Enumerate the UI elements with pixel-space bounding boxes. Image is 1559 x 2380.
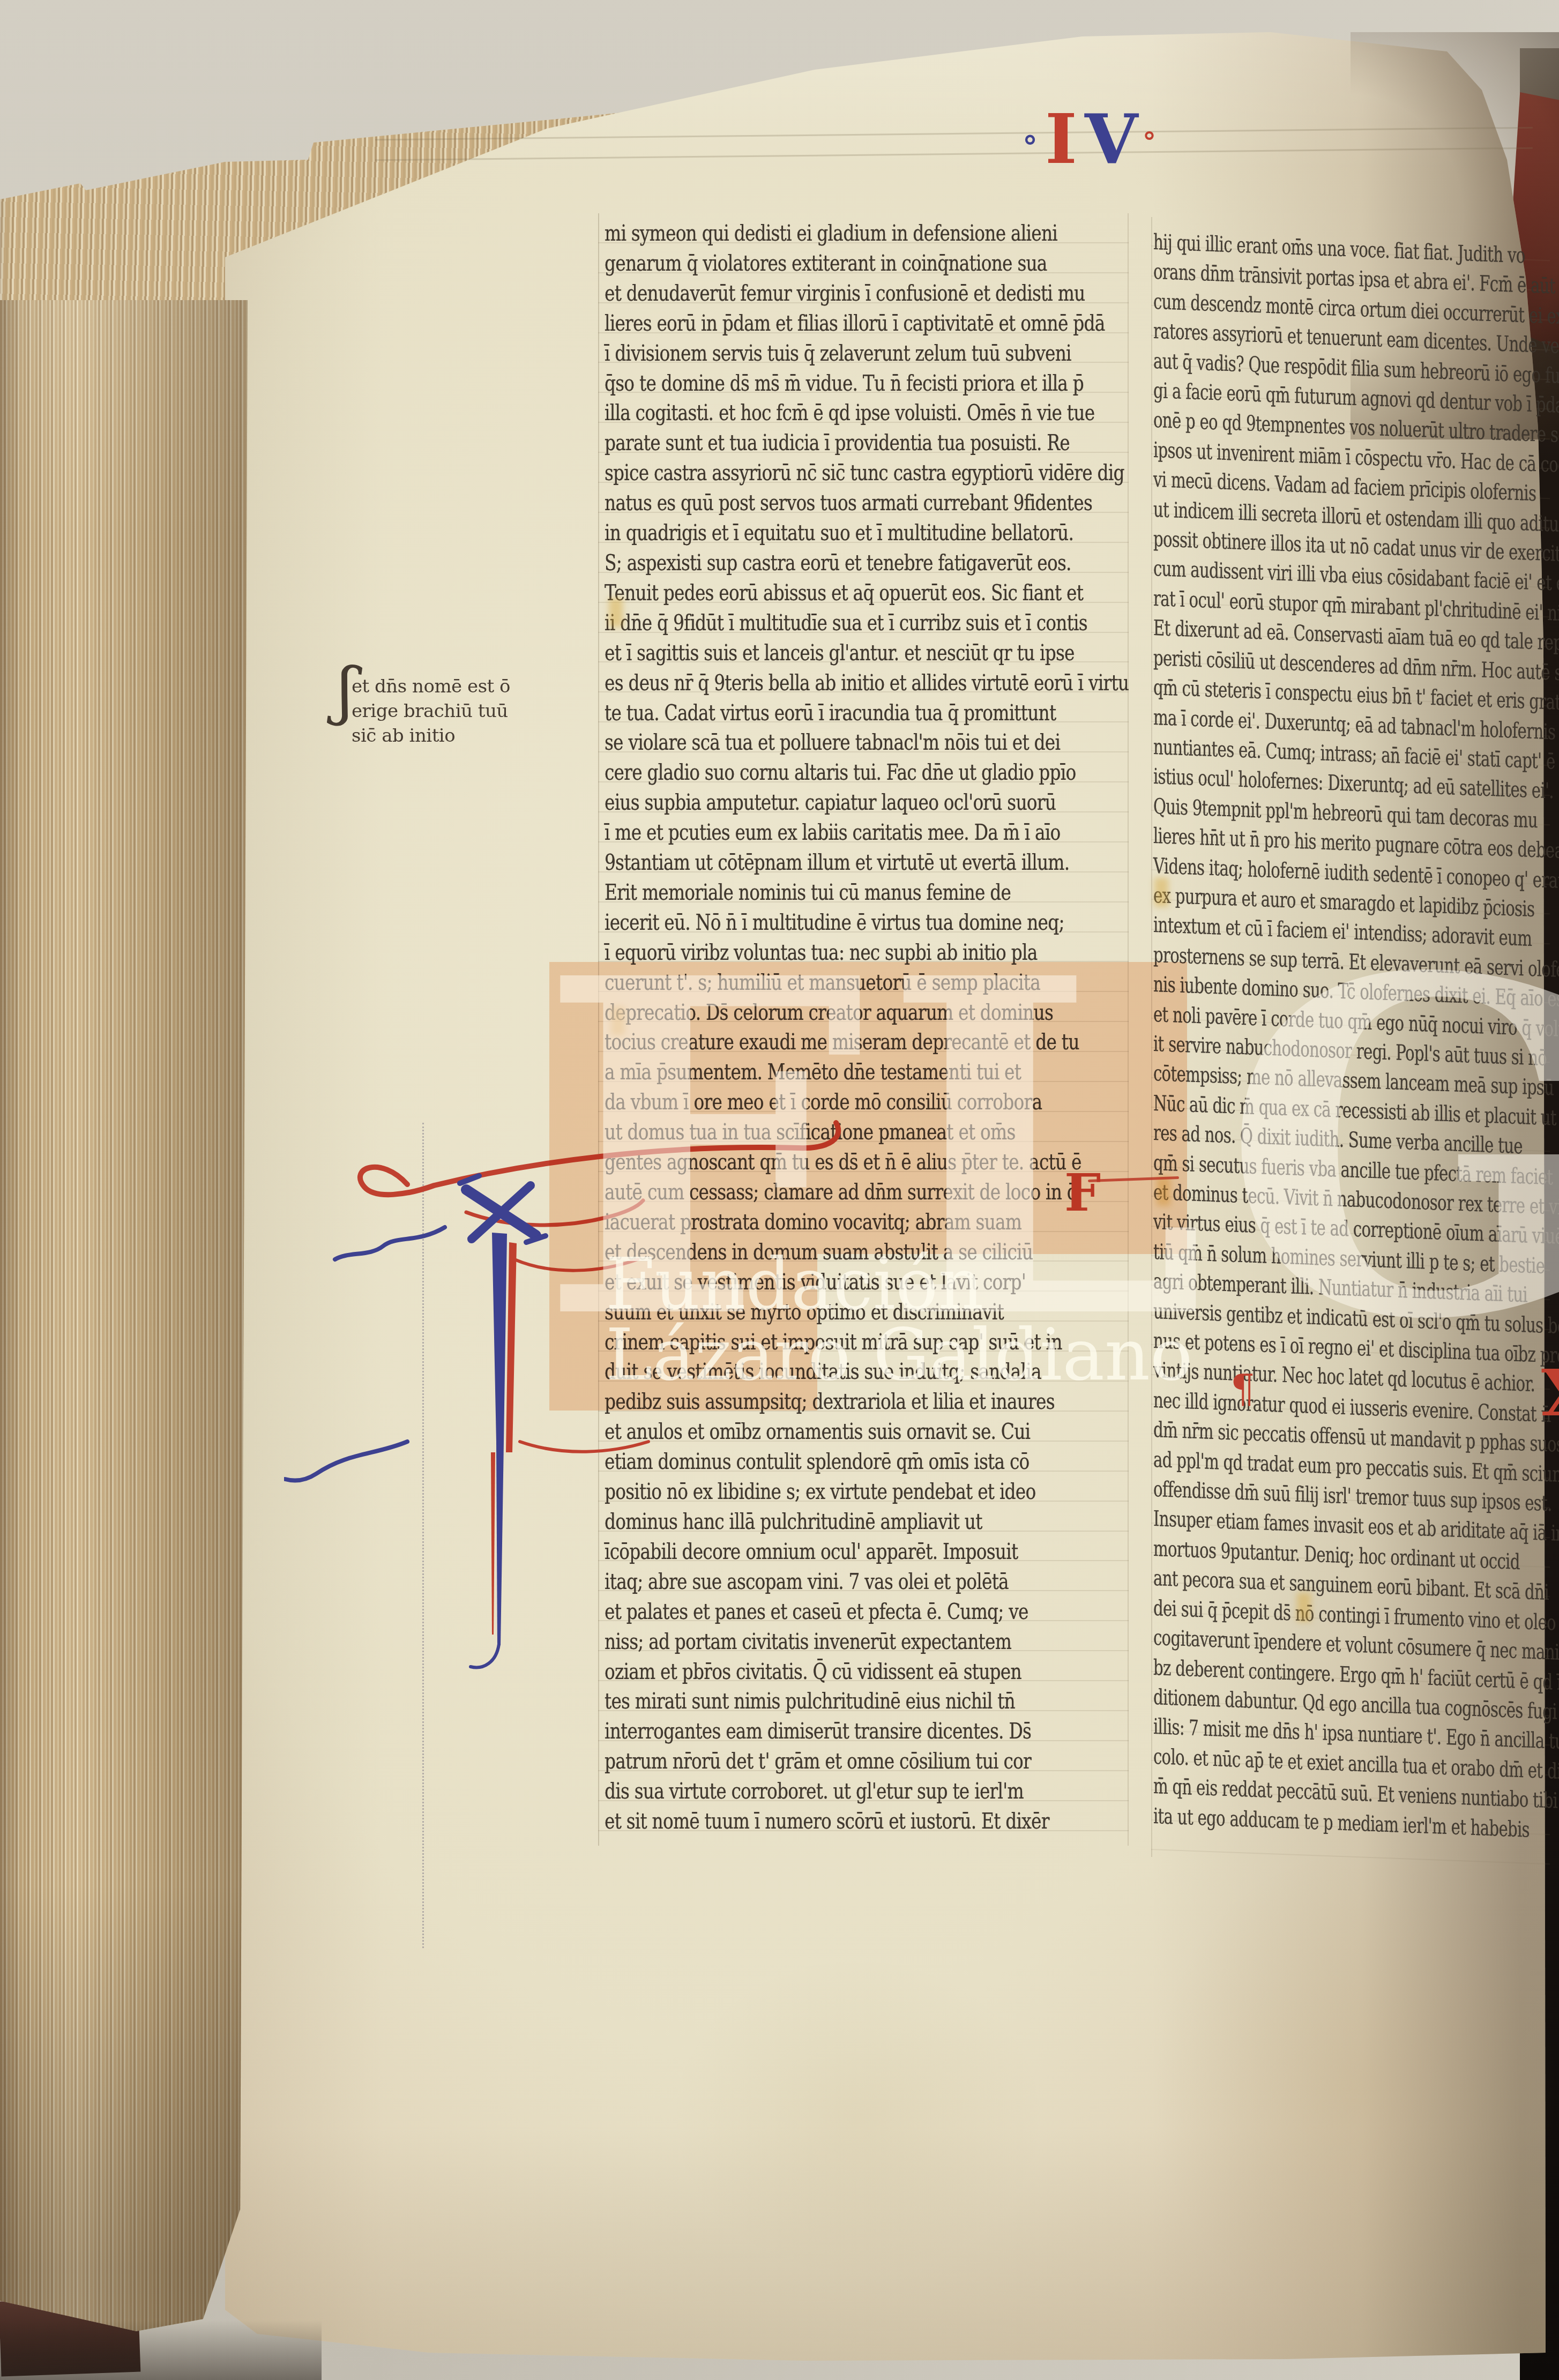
chapter-x-tail <box>491 1233 517 1645</box>
text-line: natus es quū post servos tuos armati cur… <box>605 488 1124 518</box>
margin-note: et dn̄s nomē est ōerige brachiū tuūsic̄ … <box>352 674 577 748</box>
text-line: illa cogitasti. et hoc fcm̄ ē qd ipse vo… <box>605 398 1124 428</box>
text-line: eius supbia amputetur. capiatur laqueo o… <box>605 788 1124 818</box>
text-line: sic̄ ab initio <box>352 723 577 748</box>
text-line: et ī sagittis suis et lanceis gl'antur. … <box>605 638 1124 668</box>
ochre-touched-capital <box>1297 1593 1311 1622</box>
text-line: patrum nr̄orū det t' grām et omne cōsili… <box>605 1747 1124 1777</box>
text-line: q̄so te domine ds̄ ms̄ m̄ vidue. Tu n̄ f… <box>605 369 1124 399</box>
fore-edge-pages <box>0 300 248 2331</box>
running-head-dot-left: ° <box>1023 132 1038 162</box>
running-head-numeral-i: I <box>1045 105 1077 174</box>
text-line: ī divisionem servis tuis q̄ zelaverunt z… <box>605 339 1124 369</box>
running-head-dot-right: ° <box>1143 129 1156 155</box>
text-line: cere gladio suo cornu altaris tui. Fac d… <box>605 758 1124 788</box>
text-line: parate sunt et tua iudicia ī providentia… <box>605 428 1124 458</box>
text-line: et sit nomē tuum ī numero scōrū et iusto… <box>605 1807 1124 1837</box>
text-line: 9stantiam ut cōtēpnam illum et virtutē u… <box>605 848 1124 878</box>
running-head-numeral-v: V <box>1085 105 1138 174</box>
bottom-edge-shadow <box>0 2321 322 2380</box>
text-line: in quadrigis et ī equitatu suo et ī mult… <box>605 518 1124 548</box>
chapter-x-blue-filigree <box>285 1227 499 1667</box>
text-line: interrogantes eam dimiserūt transire dic… <box>605 1717 1124 1747</box>
parchment-stain <box>1152 1849 1559 2331</box>
text-line: ī me et pcuties eum ex labiis caritatis … <box>605 818 1124 848</box>
text-line: genarum q̄ violatores extiterant in coin… <box>605 249 1124 279</box>
ochre-touched-capital <box>609 598 623 627</box>
text-line: et dn̄s nomē est ō <box>352 674 577 699</box>
text-line: es deus nr̄ q̄ 9teris bella ab initio et… <box>605 668 1124 698</box>
text-line: S; aspexisti sup castra eorū et tenebre … <box>605 548 1124 578</box>
text-line: lieres eorū in p̄dam et filias illorū ī … <box>605 309 1124 339</box>
watermark-text-line2: Lázaro Galdiano <box>606 1314 1192 1397</box>
text-line: erige brachiū tuū <box>352 699 577 723</box>
text-line: Tenuit pedes eorū abissus et aq̄ opuerūt… <box>605 578 1124 608</box>
text-line: te tua. Cadat virtus eorū ī iracundia tu… <box>605 698 1124 728</box>
text-line: dis sua virtute corroboret. ut gl'etur s… <box>605 1777 1124 1807</box>
text-line: et denudaverūt femur virginis ī confusio… <box>605 279 1124 309</box>
text-line: ii dn̄e q̄ 9fidūt ī multitudīe sua et ī … <box>605 608 1124 638</box>
text-line: spice castra assyriorū nc̄ sic̄ tunc cas… <box>605 458 1124 488</box>
parchment-stain <box>670 1956 1045 2278</box>
text-line: mi symeon qui dedisti ei gladium in defe… <box>605 219 1124 249</box>
chapter-x-numeral <box>460 1176 546 1242</box>
text-line: se violare scā tua et polluere tabnacl'm… <box>605 728 1124 758</box>
watermark-text-line1: Fundación <box>606 1243 983 1326</box>
